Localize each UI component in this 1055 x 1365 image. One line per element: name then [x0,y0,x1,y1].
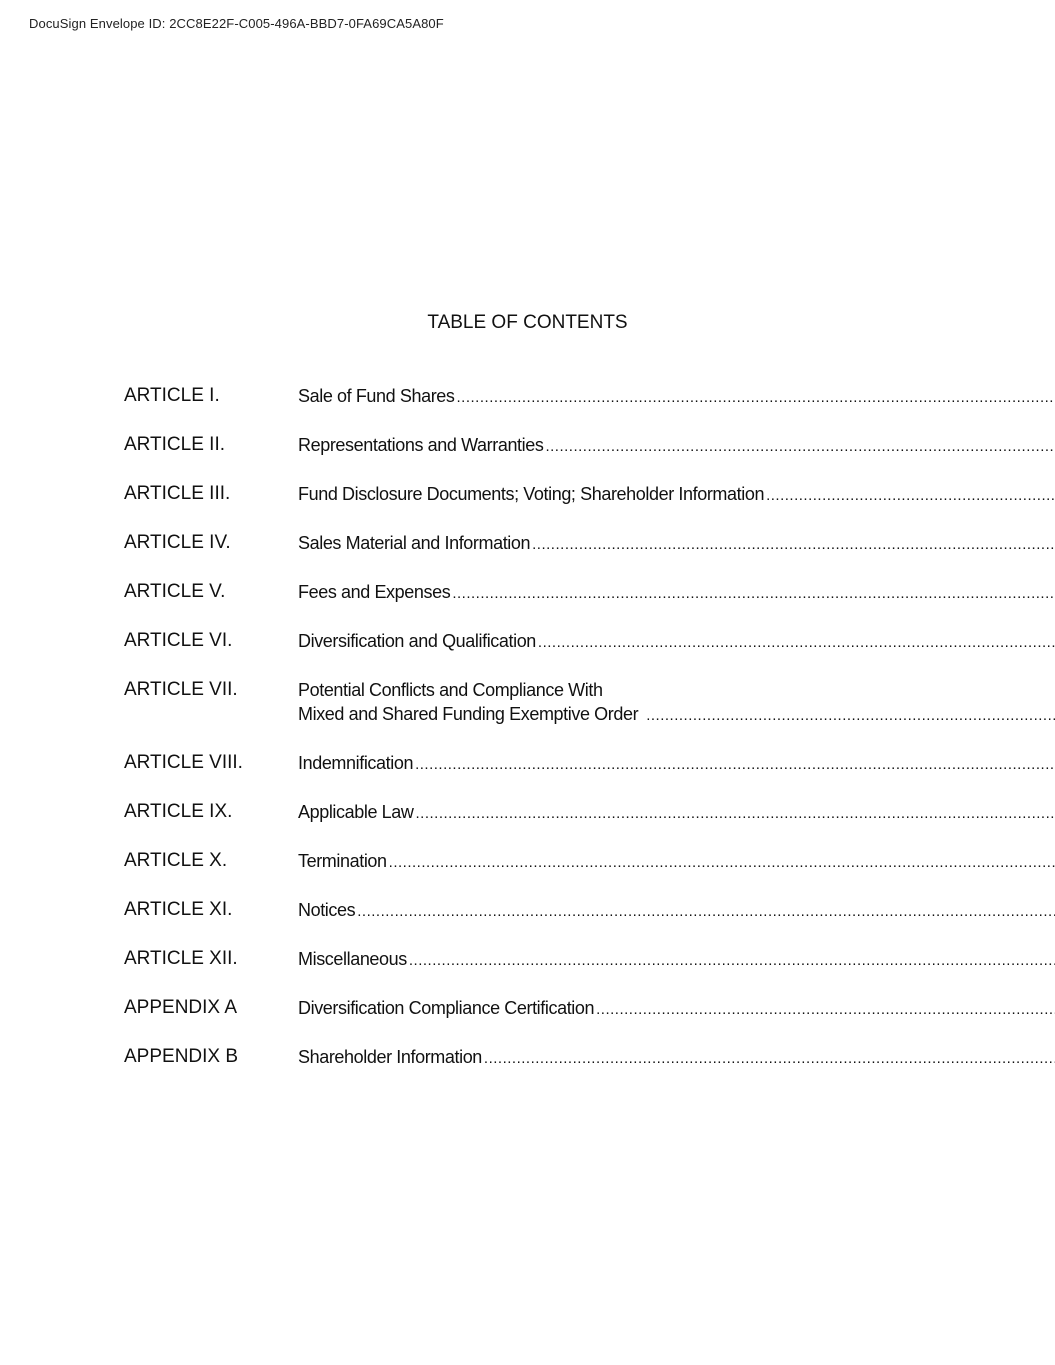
toc-entry-label: ARTICLE VI. [124,629,298,653]
toc-entry-title: Sale of Fund Shares [298,384,455,408]
toc-entry-label: ARTICLE V. [124,580,298,604]
toc-entry-label: ARTICLE IV. [124,531,298,555]
toc-entry-title: Diversification and Qualification [298,629,536,653]
dot-leader [594,998,1055,1022]
toc-entry-label: APPENDIX B [124,1045,298,1069]
toc-entry-label: ARTICLE IX. [124,800,298,824]
dot-leader [536,631,1055,655]
dot-leader [530,533,1055,557]
toc-entry[interactable]: APPENDIX B Shareholder Information 28 [124,1045,931,1094]
toc-entry-title: Miscellaneous [298,947,407,971]
toc-entry[interactable]: APPENDIX A Diversification Compliance Ce… [124,996,931,1045]
dot-leader [638,704,1055,728]
toc-entry-label: APPENDIX A [124,996,298,1020]
dot-leader [355,900,1055,924]
toc-entry-label: ARTICLE XI. [124,898,298,922]
toc-entry-label: ARTICLE I. [124,384,298,408]
dot-leader [764,484,1055,508]
dot-leader [543,435,1055,459]
toc-entry[interactable]: ARTICLE VI. Diversification and Qualific… [124,629,931,678]
toc-title: TABLE OF CONTENTS [0,312,1055,334]
toc-entry[interactable]: ARTICLE IV. Sales Material and Informati… [124,531,931,580]
toc-entry-label: ARTICLE VII. [124,678,298,702]
toc-entry[interactable]: ARTICLE X. Termination 19 [124,849,931,898]
docusign-envelope-id: DocuSign Envelope ID: 2CC8E22F-C005-496A… [29,16,444,31]
toc-entry-title: Mixed and Shared Funding Exemptive Order [298,702,638,726]
toc-entry[interactable]: ARTICLE II. Representations and Warranti… [124,433,931,482]
toc-entry-label: ARTICLE VIII. [124,751,298,775]
toc-entry-label: ARTICLE XII. [124,947,298,971]
toc-entry[interactable]: ARTICLE IX. Applicable Law 19 [124,800,931,849]
dot-leader [450,582,1055,606]
toc-entry-title: Representations and Warranties [298,433,543,457]
toc-entry-title: Diversification Compliance Certification [298,996,594,1020]
toc-entry-label: ARTICLE X. [124,849,298,873]
dot-leader [413,802,1055,826]
toc-entry[interactable]: ARTICLE III. Fund Disclosure Documents; … [124,482,931,531]
toc-entry-title: Indemnification [298,751,413,775]
toc-entry-title: Sales Material and Information [298,531,530,555]
dot-leader [482,1047,1055,1071]
dot-leader [413,753,1055,777]
toc-entry[interactable]: ARTICLE XII. Miscellaneous 22 [124,947,931,996]
toc-entry-title: Notices [298,898,355,922]
dot-leader [455,386,1055,410]
toc-entry-title: Fees and Expenses [298,580,450,604]
toc-entry-title: Applicable Law [298,800,413,824]
toc-entry-title-line1: Potential Conflicts and Compliance With [298,678,603,702]
toc-entry[interactable]: ARTICLE V. Fees and Expenses 11 [124,580,931,629]
toc-entry[interactable]: ARTICLE I. Sale of Fund Shares 4 [124,384,931,433]
toc-entry[interactable]: ARTICLE VII. Potential Conflicts and Com… [124,678,931,751]
toc-entry[interactable]: ARTICLE VIII. Indemnification 15 [124,751,931,800]
toc-entry-title: Shareholder Information [298,1045,482,1069]
toc-entry[interactable]: ARTICLE XI. Notices 21 [124,898,931,947]
toc-entry-label: ARTICLE III. [124,482,298,506]
dot-leader [407,949,1055,973]
dot-leader [387,851,1055,875]
toc-entry-title: Fund Disclosure Documents; Voting; Share… [298,482,764,506]
toc-entry-title: Termination [298,849,387,873]
toc-entry-label: ARTICLE II. [124,433,298,457]
table-of-contents: ARTICLE I. Sale of Fund Shares 4 ARTICLE… [124,384,931,1094]
